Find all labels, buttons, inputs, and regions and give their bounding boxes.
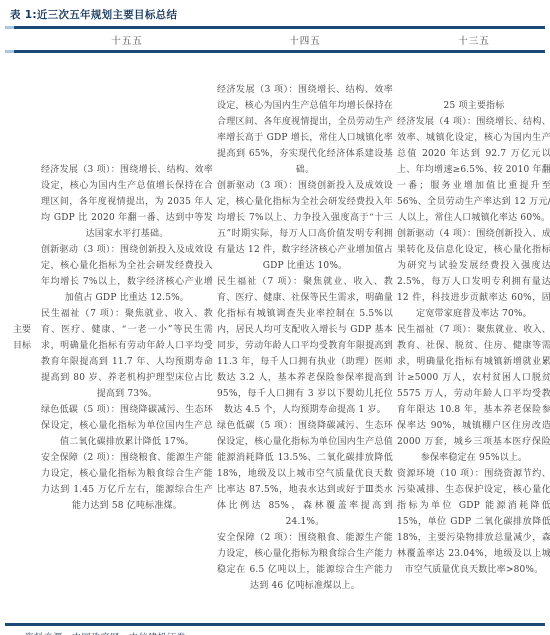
goal-paragraph: 创新驱动（4 项）：围绕创新投入、成果转化及信息化设定，核心量化指标为研究与试验… <box>397 226 550 322</box>
goal-paragraph: 创新驱动（3 项）：围绕创新投入及成效设定，核心量化指标为全社会研发经费投入年均… <box>41 242 213 306</box>
column-13th-plan-goals: 25 项主要指标 经济发展（4 项）：围绕增长、结构、效率、城镇化设定，核心为国… <box>397 53 550 623</box>
bottom-divider <box>5 623 545 626</box>
header-divider <box>5 50 545 53</box>
top-divider <box>5 26 545 29</box>
source-note: 资料来源：中国政府网，中信建投证券 <box>5 626 545 635</box>
goal-paragraph: 经济发展（4 项）：围绕增长、结构、效率、城镇化设定，核心为国内生产总值 202… <box>397 114 550 226</box>
goal-paragraph: 安全保障（2 项）：围绕粮食、能源生产能力设定，核心量化指标为粮食综合生产能力达… <box>41 450 213 514</box>
goal-paragraph: 安全保障（2 项）：围绕粮食、能源生产能力设定，核心量化指标为粮食综合生产能力稳… <box>217 530 393 594</box>
goal-paragraph: 经济发展（3 项）：围绕增长、结构、效率设定，核心为国内生产总值年均增长保持在合… <box>217 82 393 178</box>
goal-paragraph: 创新驱动（3 项）：围绕创新投入及成效设定，核心量化指标为全社会研发经费投入年均… <box>217 178 393 274</box>
goal-paragraph: 民生福祉（7 项）：聚焦就业、收入、教育、医疗、健康、社保等民生需求，明确量化指… <box>217 274 393 418</box>
column-header-14th-plan: 十四五 <box>217 29 393 50</box>
column-header-row: 十五五 十四五 十三五 <box>5 29 545 50</box>
column-15th-plan-goals: 经济发展（3 项）：围绕增长、结构、效率设定，核心为国内生产总值增长保持在合理区… <box>41 53 213 623</box>
goal-paragraph: 绿色低碳（5 项）：围绕降碳减污、生态环保设定，核心量化指标为单位国内生产总值二… <box>41 402 213 450</box>
row-label-header-spacer <box>7 29 37 50</box>
goal-paragraph: 经济发展（3 项）：围绕增长、结构、效率设定，核心为国内生产总值增长保持在合理区… <box>41 162 213 242</box>
table-body: 主要目标 经济发展（3 项）：围绕增长、结构、效率设定，核心为国内生产总值增长保… <box>5 53 545 623</box>
column-header-13th-plan: 十三五 <box>397 29 550 50</box>
table-title: 表 1:近三次五年规划主要目标总结 <box>5 4 545 26</box>
column-header-15th-plan: 十五五 <box>41 29 213 50</box>
goal-paragraph: 民生福祉（7 项）：聚焦就业、收入、教育、社保、脱贫、住房、健康等需求，明确量化… <box>397 322 550 466</box>
goal-paragraph: 绿色低碳（5 项）：围绕降碳减污、生态环保设定，核心量化指标为单位国内生产总值能… <box>217 418 393 530</box>
column-14th-plan-goals: 经济发展（3 项）：围绕增长、结构、效率设定，核心为国内生产总值年均增长保持在合… <box>217 53 393 623</box>
row-label-main-goals: 主要目标 <box>7 53 37 623</box>
goal-paragraph: 民生福祉（7 项）：聚焦就业、收入、教育、医疗、健康、“一老一小”等民生需求，明… <box>41 306 213 402</box>
goal-lead-line: 25 项主要指标 <box>397 98 550 114</box>
goal-paragraph: 资源环境（10 项）：围绕资源节约、污染减排、生态保护设定，核心量化指标为单位 … <box>397 466 550 578</box>
report-table-page: 表 1:近三次五年规划主要目标总结 十五五 十四五 十三五 主要目标 经济发展（… <box>0 0 550 635</box>
